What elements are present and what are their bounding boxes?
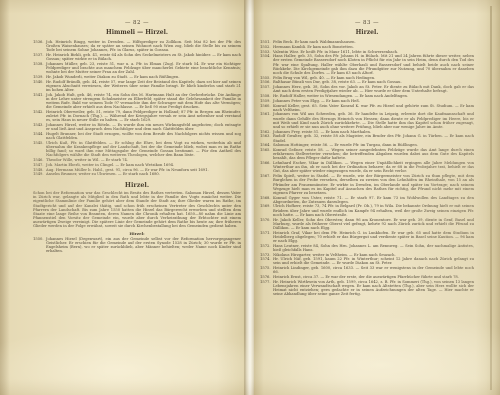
entry-number: 1575. — [260, 266, 271, 270]
page-number-right: — 83 — — [260, 20, 474, 26]
entry-text: Johannes von Wil aus Schweden, geb. 36. … — [273, 112, 474, 128]
entry-text: Hr. Jakob Keller, Sohn des Obersten; dan… — [273, 218, 474, 230]
entry-number: 1566. — [260, 161, 271, 165]
entry-text: Johannes Herz, geb. 38, Sohn des vor. Ja… — [273, 85, 474, 93]
entry-number: 1551. — [260, 40, 271, 44]
entry-number: 1567. — [260, 174, 271, 178]
entry-text: Anselm Brunner, weiter zu Uhwiesen. — Er… — [46, 172, 160, 176]
entry-number: 1537. — [33, 53, 44, 57]
entry-text: Konrad Gyger von Uster, reiste 71. — Er … — [273, 196, 474, 204]
entry-number: 1574. — [260, 257, 271, 261]
page-number-left: — 82 — — [33, 20, 241, 26]
entry-text: Felix Brug von Wil, geb. 40. — Er kam na… — [273, 76, 375, 80]
entry-text: Ulrich Hofherr, reiste 73, 74 Pfr. in Be… — [273, 204, 474, 216]
entry-number: 1560. — [260, 104, 271, 108]
entry-text: Rudolf Gwalter, geb. 32, reiste 58 als M… — [273, 134, 474, 142]
entry-text: Joh. Jakob Hult, geb. 46, reiste 74, ein… — [46, 93, 241, 109]
entry-number: 1569. — [260, 204, 271, 208]
register-entry: 1543.Johannes Hirzel, weiter in Röteln. … — [33, 123, 241, 131]
entry-text: Ulrich Kuß, Pfr. in Glattfelden. — Er sc… — [46, 141, 241, 157]
entry-number: 1568. — [260, 196, 271, 200]
entry-number: 1557. — [260, 85, 271, 89]
register-entry: 1569.Ulrich Hofherr, reiste 73, 74 Pfr. … — [260, 204, 474, 216]
register-entry: 1541.Joh. Jakob Hult, geb. 46, reiste 74… — [33, 93, 241, 110]
entry-text: Salomon Hottinger, reiste 56. — Er wurde… — [273, 143, 418, 147]
register-entry: 1551.Felix Beck. Er kam nach Waldmannsha… — [260, 40, 474, 44]
entry-text: Balthasar Bünzli von Dur, geb. 38, reist… — [273, 80, 402, 84]
register-entry: 1539.Hr. Jakob Wunderli, weiter Diakon z… — [33, 75, 241, 79]
register-entry: 1572.Hans Leutner, reiste 84, Sohn des H… — [260, 244, 474, 252]
entry-number: 1558. — [260, 94, 271, 98]
family-intro-paragraph: Schon bei der Reformation war das Geschl… — [33, 191, 241, 228]
register-entry: 1568.Konrad Gyger von Uster, reiste 71. … — [260, 196, 474, 204]
entry-text: Valentin Wirz. Er heißt Pfr. in Maur 161… — [273, 50, 398, 54]
register-entry: 1556.Balthasar Bünzli von Dur, geb. 38, … — [260, 80, 474, 84]
entry-number: 1562. — [260, 130, 271, 134]
entry-text: Heinrich Oberweiler, geb. 51, reiste 79,… — [46, 110, 241, 122]
entry-text: Johannes Hirzel, weiter in Röteln. — Es … — [46, 123, 241, 131]
page-left: — 82 — Himmeli — Hirzel. 1536.Joh. Heinr… — [0, 0, 246, 395]
register-entry: 1542.Heinrich Oberweiler, geb. 51, reist… — [33, 110, 241, 122]
register-entry: 1555.Felix Brug von Wil, geb. 40. — Er k… — [260, 76, 474, 80]
register-entry: 1547.Joh. Martin Eberli, weiter in Cling… — [33, 163, 241, 167]
register-entries-left: 1536.Joh. Heinrich Ringg, weiter in Dres… — [33, 40, 241, 177]
register-entry: 1565.Konrad Geßner, reiste 58. — Wegen s… — [260, 148, 474, 160]
entry-text: Hr. Heinrich Birkli, geb. 41, reiste 64 … — [46, 53, 241, 61]
entry-text: Nikolaus Hirzgarter, weiter in Veltheim.… — [273, 253, 396, 257]
register-entry: 1540.Hr. Rudolf Brändli, geb. 44, reiste… — [33, 80, 241, 92]
register-entry: 1566.Lehnhard Escher, Vikar in Dällikon.… — [260, 161, 474, 173]
entry-number: 1571. — [260, 231, 271, 235]
entry-text: Heinrich Ernst, circa 37. — Er war der e… — [273, 275, 459, 279]
entry-text: Lehnhard Escher, Vikar in Dällikon. — We… — [273, 161, 474, 173]
register-entry: 1576.Heinrich Ernst, circa 37. — Er war … — [260, 275, 474, 279]
entry-number: 1541. — [33, 93, 44, 97]
register-entry: 1577.Hr. Heinrich Wirthwein von Arth, ge… — [260, 280, 474, 297]
register-entry: 1538.Johannes Müller, geb. 23, reiste 51… — [33, 62, 241, 74]
entry-text: Konrad Geßner, reiste 58. — Wegen seiner… — [273, 148, 474, 160]
register-entry: 1557.Johannes Herz, geb. 38, Sohn des vo… — [260, 85, 474, 93]
register-entry: 1545.Ulrich Kuß, Pfr. in Glattfelden. — … — [33, 141, 241, 158]
entry-number: 1547. — [33, 163, 44, 167]
entry-text: Joh. Heinrich Ringg, weiter in Dresden. … — [46, 40, 241, 52]
register-entry: 1571.Heinrich Graf, Vikar bei dem Pfr. H… — [260, 231, 474, 243]
register-entry: 1560.Konrad Keller, gest. 65. Sein Vater… — [260, 104, 474, 112]
entry-text: Johannes Hirzel (Degenwart), ein aus der… — [46, 237, 241, 253]
register-entry: 1552.Hermann Kambli. Er kam nach Bonstet… — [260, 45, 474, 49]
entry-text: Heinrich Graf, Vikar bei dem Pfr. Heinri… — [273, 231, 474, 243]
register-entry: 1558.Hr. Rudolf Haller, weiter in Wiesen… — [260, 94, 474, 98]
running-head-right: Hirzel. — [260, 29, 474, 36]
entry-number: 1563. — [260, 134, 271, 138]
register-entry: 1574.Hr. Ulrich Näf, geb. 1591, kaum 22 … — [260, 257, 474, 265]
entry-number: 1576. — [260, 275, 271, 279]
register-entries-right: 1551.Felix Beck. Er kam nach Waldmannsha… — [260, 40, 474, 297]
page-right: — 83 — Hirzel. 1551.Felix Beck. Er kam n… — [254, 0, 500, 395]
register-entry: 1575.Heinrich Lindinger, geb. 1600, circ… — [260, 266, 474, 274]
register-entry: 1567.Felix Spieß, weiter in Stadel. — Er… — [260, 174, 474, 195]
register-entry: 1550.Johannes Hirzel (Degenwart), ein au… — [33, 237, 241, 254]
entry-text: Hr. Rudolf Brändli, geb. 44, reiste 57, … — [46, 80, 241, 92]
entry-number: 1539. — [33, 75, 44, 79]
entry-number: 1577. — [260, 280, 271, 284]
entry-number: 1538. — [33, 62, 44, 66]
register-entry: 1563.Rudolf Gwalter, geb. 32, reiste 58 … — [260, 134, 474, 142]
entry-number: 1556. — [260, 80, 271, 84]
entry-text: Johannes Frey, reiste 51. — Er kam nach … — [273, 130, 371, 134]
entry-number: 1555. — [260, 76, 271, 80]
entry-text: Hr. Ulrich Näf, geb. 1591, kaum 22 Pfr. … — [273, 257, 474, 265]
register-entry: 1536.Joh. Heinrich Ringg, weiter in Dres… — [33, 40, 241, 52]
entry-text: Johannes Peter von Elgg. — Er kam nach H… — [273, 99, 360, 103]
section-heading-hirzel: Hirzel. — [33, 181, 241, 189]
entry-text: Hugelt Brunner, bei der Stadt erzogen, w… — [46, 132, 241, 140]
entry-number: 1554. — [260, 54, 271, 58]
entry-number: 1545. — [33, 141, 44, 145]
register-entry: 1559.Johannes Peter von Elgg. — Er kam n… — [260, 99, 474, 103]
entry-number: 1561. — [260, 112, 271, 116]
entry-number: 1572. — [260, 244, 271, 248]
entry-number: 1573. — [260, 253, 271, 257]
entry-number: 1540. — [33, 80, 44, 84]
entry-text: Felix Beck. Er kam nach Waldmannshausen. — [273, 40, 356, 44]
entry-number: 1544. — [33, 132, 44, 136]
register-entry: 1554.Hans Haller, geb. 35, Sohn des Pfr.… — [260, 54, 474, 75]
register-entry: 1553.Valentin Wirz. Er heißt Pfr. in Mau… — [260, 50, 474, 54]
entry-text: Felix Spieß, weiter in Stadel. — Er wurd… — [273, 174, 474, 195]
register-entry: 1564.Salomon Hottinger, reiste 56. — Er … — [260, 143, 474, 147]
register-entry: 1549.Anselm Brunner, weiter zu Uhwiesen.… — [33, 172, 241, 176]
running-head-left: Himmeli — Hirzel. — [33, 29, 241, 36]
register-entry: 1573.Nikolaus Hirzgarter, weiter in Velt… — [260, 253, 474, 257]
page-edge-line — [490, 6, 492, 390]
register-entry: 1544.Hugelt Brunner, bei der Stadt erzog… — [33, 132, 241, 140]
entry-text: Hermann Kambli. Er kam nach Bonstetten. — [273, 45, 354, 49]
entry-number: 1552. — [260, 45, 271, 49]
entry-number: 1553. — [260, 50, 271, 54]
sub-section-label: Hirzel: — [33, 231, 241, 236]
entry-number: 1564. — [260, 143, 271, 147]
entry-text: Joh. Martin Eberli, weiter in Clingel. —… — [46, 163, 174, 167]
entry-number: 1570. — [260, 218, 271, 222]
register-entries-left-after: 1550.Johannes Hirzel (Degenwart), ein au… — [33, 237, 241, 254]
entry-text: Theodor Wille, weiter in Wil. — Er starb… — [46, 158, 128, 162]
entry-number: 1536. — [33, 40, 44, 44]
register-entry: 1561.Johannes von Wil aus Schweden, geb.… — [260, 112, 474, 129]
book-photo: — 82 — Himmeli — Hirzel. 1536.Joh. Heinr… — [0, 0, 500, 395]
register-entry: 1546.Theodor Wille, weiter in Wil. — Er … — [33, 158, 241, 162]
entry-text: Hr. Rudolf Haller, weiter in Wiesendange… — [273, 94, 408, 98]
entry-number: 1559. — [260, 99, 271, 103]
entry-text: Hr. Jakob Wunderli, weiter Diakon zu Sta… — [46, 75, 180, 79]
entry-text: Johannes Müller, geb. 23, reiste 51, war… — [46, 62, 241, 74]
entry-text: Heinrich Lindinger, geb. 1600, circa 163… — [273, 266, 474, 274]
entry-text: Konrad Keller, gest. 65. Sein Vater Konr… — [273, 104, 474, 112]
register-entry: 1537.Hr. Heinrich Birkli, geb. 41, reist… — [33, 53, 241, 61]
entry-text: Hans Haller, geb. 35, Sohn des Pfr. Joha… — [273, 54, 474, 75]
entry-text: Aug. Hermann Müller b. Habl., gest. 91, … — [46, 168, 209, 172]
register-entry: 1570.Hr. Jakob Keller, Sohn des Obersten… — [260, 218, 474, 230]
entry-number: 1542. — [33, 110, 44, 114]
entry-number: 1565. — [260, 148, 271, 152]
entry-number: 1549. — [33, 172, 44, 176]
entry-number: 1548. — [33, 168, 44, 172]
register-entry: 1562.Johannes Frey, reiste 51. — Er kam … — [260, 130, 474, 134]
register-entry: 1548.Aug. Hermann Müller b. Habl., gest.… — [33, 168, 241, 172]
entry-text: Hr. Heinrich Wirthwein von Arth, geb. 15… — [273, 280, 474, 296]
entry-number: 1550. — [33, 237, 44, 241]
entry-number: 1546. — [33, 158, 44, 162]
entry-text: Hans Leutner, reiste 84, Sohn des Hrn. J… — [273, 244, 474, 252]
entry-number: 1543. — [33, 123, 44, 127]
